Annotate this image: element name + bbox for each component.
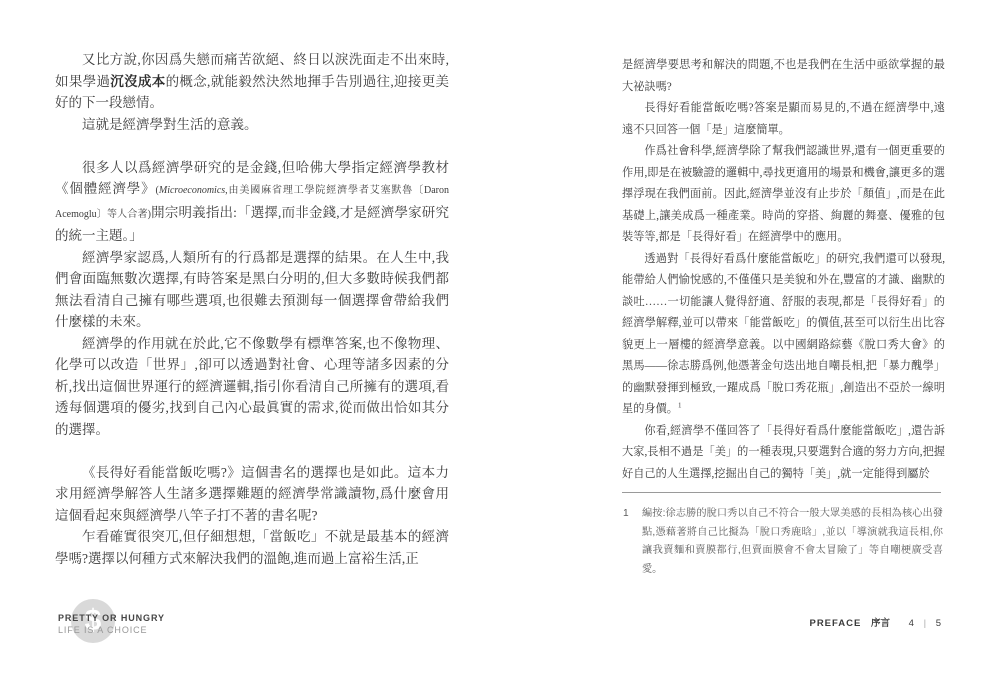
paragraph: 你看,經濟學不僅回答了「長得好看爲什麼能當飯吃」,還告訴大家,長相不過是「美」的… <box>622 421 945 486</box>
section-label: 序言 <box>871 618 890 629</box>
paragraph: 這就是經濟學對生活的意義。 <box>55 114 449 136</box>
page-number-left: 4 <box>909 618 914 629</box>
left-page-body: 又比方說,你因爲失戀而痛苦欲絕、終日以淚洗面走不出來時,如果學過沉沒成本的概念,… <box>55 49 449 569</box>
paragraph-text: 《長得好看能當飯吃嗎?》這個書名的選擇也是如此。這本力求用經濟學解答人生諸多選擇… <box>55 465 449 523</box>
book-title-latin: Microeconomics <box>159 185 225 196</box>
preface-label: PREFACE <box>809 618 861 629</box>
brand-title: PRETTY OR HUNGRY <box>58 613 165 623</box>
paragraph-text: 透過對「長得好看爲什麼能當飯吃」的研究,我們還可以發現,能帶給人們愉悅感的,不僅… <box>622 253 945 416</box>
paragraph-text: 作爲社會科學,經濟學除了幫我們認識世界,還有一個更重要的作用,即是在被驗證的邏輯… <box>622 145 945 243</box>
paragraph: 《長得好看能當飯吃嗎?》這個書名的選擇也是如此。這本力求用經濟學解答人生諸多選擇… <box>55 462 449 527</box>
page-number-right: 5 <box>936 618 941 629</box>
brand-tagline: LIFE IS A CHOICE <box>58 625 165 635</box>
book-spread: 又比方說,你因爲失戀而痛苦欲絕、終日以淚洗面走不出來時,如果學過沉沒成本的概念,… <box>0 0 1000 677</box>
page-footer: PREFACE 序言 4 | 5 <box>622 615 941 629</box>
footnote-text: 編按:徐志勝的脫口秀以自己不符合一般大眾美感的長相為核心出發點,憑藉著將自己比擬… <box>642 508 943 575</box>
footnote: 1 編按:徐志勝的脫口秀以自己不符合一般大眾美感的長相為核心出發點,憑藉著將自己… <box>622 505 943 579</box>
paragraph: 經濟學的作用就在於此,它不像數學有標準答案,也不像物理、化學可以改造「世界」,卻… <box>55 333 449 441</box>
bold-term: 沉沒成本 <box>110 74 165 89</box>
brand-logo: PRETTY OR HUNGRY LIFE IS A CHOICE <box>58 613 165 635</box>
paragraph-text: 長得好看能當飯吃嗎?答案是顯而易見的,不過在經濟學中,遠遠不只回答一個「是」這麼… <box>622 102 945 136</box>
footnote-marker: 1 <box>623 505 629 524</box>
paragraph: 是經濟學要思考和解決的問題,不也是我們在生活中亟欲掌握的最大祕訣嗎? <box>622 55 945 98</box>
paragraph: 乍看確實很突兀,但仔細想想,「當飯吃」不就是最基本的經濟學嗎?選擇以何種方式來解… <box>55 526 449 569</box>
footnote-divider <box>622 492 941 493</box>
footnote-reference: 1 <box>678 401 682 409</box>
paragraph-text: 乍看確實很突兀,但仔細想想,「當飯吃」不就是最基本的經濟學嗎?選擇以何種方式來解… <box>55 529 449 566</box>
paragraph: 經濟學家認爲,人類所有的行爲都是選擇的結果。在人生中,我們會面臨無數次選擇,有時… <box>55 247 449 333</box>
paragraph: 又比方說,你因爲失戀而痛苦欲絕、終日以淚洗面走不出來時,如果學過沉沒成本的概念,… <box>55 49 449 114</box>
page-number-divider: | <box>924 618 926 629</box>
paragraph: 作爲社會科學,經濟學除了幫我們認識世界,還有一個更重要的作用,即是在被驗證的邏輯… <box>622 141 945 249</box>
paragraph: 透過對「長得好看爲什麼能當飯吃」的研究,我們還可以發現,能帶給人們愉悅感的,不僅… <box>622 249 945 421</box>
right-page-body: 是經濟學要思考和解決的問題,不也是我們在生活中亟欲掌握的最大祕訣嗎? 長得好看能… <box>622 55 945 485</box>
paragraph-text: 你看,經濟學不僅回答了「長得好看爲什麼能當飯吃」,還告訴大家,長相不過是「美」的… <box>622 425 945 480</box>
paragraph-text: 經濟學的作用就在於此,它不像數學有標準答案,也不像物理、化學可以改造「世界」,卻… <box>55 336 449 437</box>
paragraph-text: 是經濟學要思考和解決的問題,不也是我們在生活中亟欲掌握的最大祕訣嗎? <box>622 59 945 93</box>
paragraph: 很多人以爲經濟學研究的是金錢,但哈佛大學指定經濟學教材《個體經濟學》(Micro… <box>55 157 449 247</box>
paragraph-text: 這就是經濟學對生活的意義。 <box>82 117 258 132</box>
paragraph: 長得好看能當飯吃嗎?答案是顯而易見的,不過在經濟學中,遠遠不只回答一個「是」這麼… <box>622 98 945 141</box>
paragraph-text: 經濟學家認爲,人類所有的行爲都是選擇的結果。在人生中,我們會面臨無數次選擇,有時… <box>55 250 449 330</box>
